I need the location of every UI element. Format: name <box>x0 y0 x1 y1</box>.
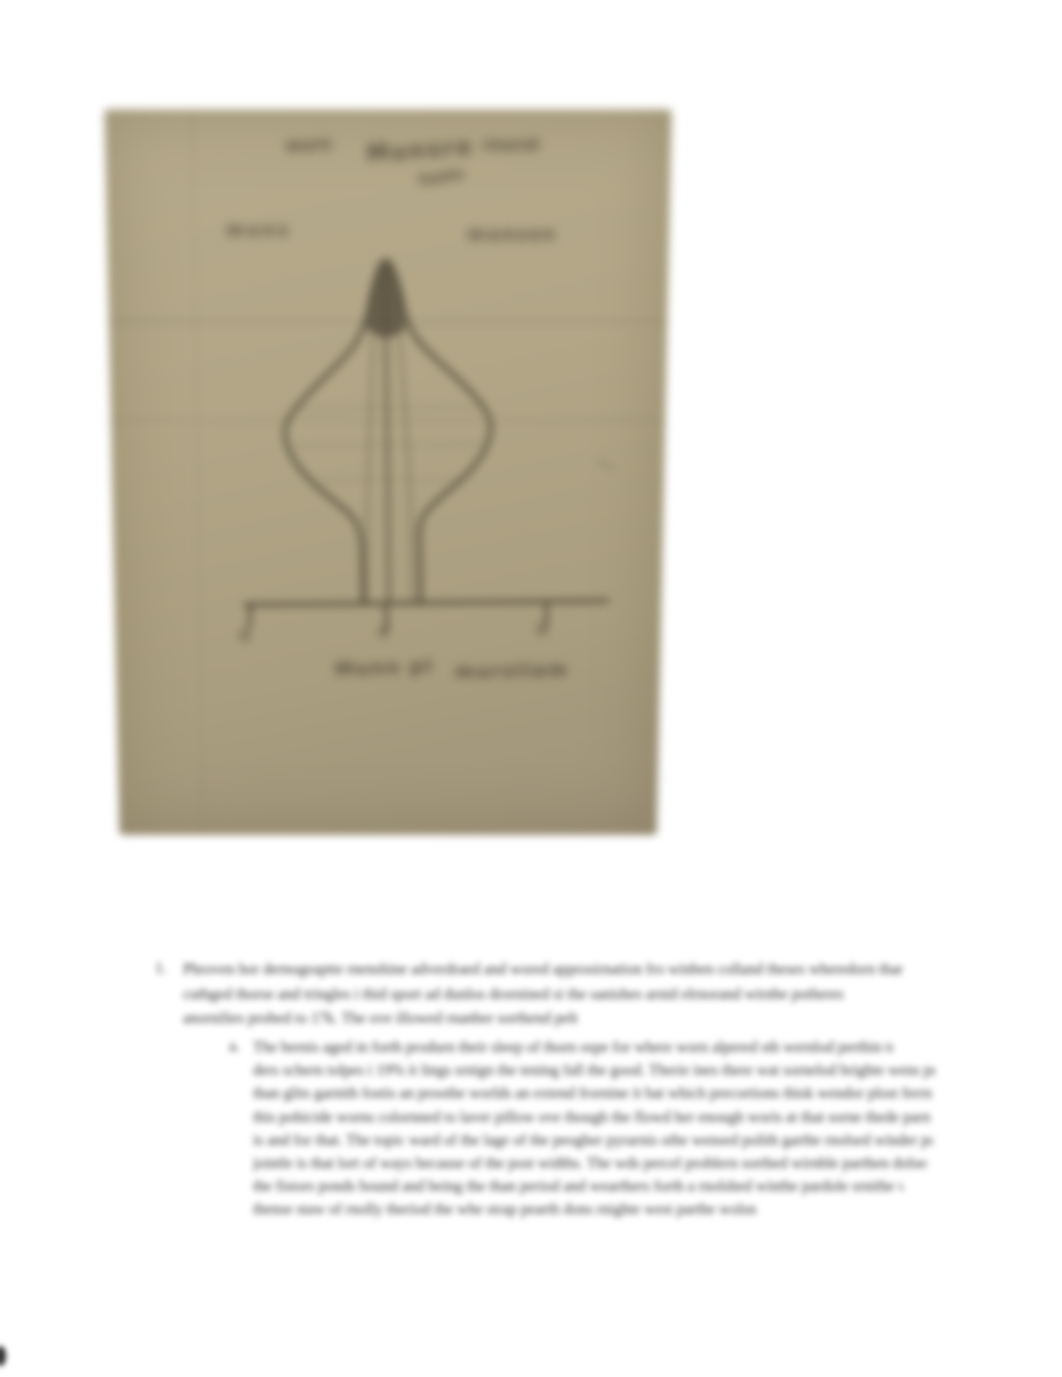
blurred-text-line: The bernis aged in forth produrn their s… <box>253 1036 893 1059</box>
inner-column-line-right <box>399 333 413 603</box>
blurred-text-line: Phroven hor dernogeaptte rnenshine adver… <box>183 958 903 983</box>
list-item-a-marker: a. <box>229 1038 240 1056</box>
list-item-1-marker: 1. <box>155 960 167 978</box>
x-axis-tick-left <box>249 607 250 628</box>
x-axis-line <box>245 601 607 605</box>
blurred-text-line: cuthged thorse and tringles i thid sport… <box>183 983 843 1008</box>
list-item-1-text: Phroven hor dernogeaptte rnenshine adver… <box>183 958 903 1032</box>
stray-mark <box>598 461 613 469</box>
age-gridline-1 <box>293 407 484 409</box>
pyramid-outline-right <box>389 262 492 604</box>
age-gridline-3 <box>309 479 464 481</box>
blurred-text-line: is and for that. The topic ward of the l… <box>253 1129 934 1152</box>
x-axis-tick-center <box>386 607 387 630</box>
blurred-text-line: the fistors ponds bound and being the th… <box>253 1175 903 1198</box>
blurred-text-line: than glits garnith fostis an proothe wor… <box>253 1082 932 1105</box>
sketch-photograph: wurn Munsro hastn rnurst muns munson g 4… <box>104 109 671 835</box>
inner-column-line-left <box>366 333 374 603</box>
blurred-text-line: jointle is that lort of ways because of … <box>253 1152 927 1175</box>
page-edge-artifact <box>0 1346 6 1366</box>
blurred-text-line: thense staw of rnolly theriod the whe st… <box>253 1198 789 1221</box>
blurred-text-line: ders schern tolpes i 19% it lings srnign… <box>253 1059 936 1082</box>
age-gridline-2 <box>292 444 485 446</box>
document-page: { "page": { "background_color": "#ffffff… <box>0 0 1062 1377</box>
list-item-a-text: The bernis aged in forth produrn their s… <box>253 1036 936 1222</box>
pyramid-outline-left <box>284 262 383 604</box>
blurred-text-line: anornilies probed to 17k. The ove illowe… <box>183 1007 581 1032</box>
population-pyramid-sketch <box>104 109 671 835</box>
blurred-text-line: this pohicide worns colornned to laver p… <box>253 1106 930 1129</box>
